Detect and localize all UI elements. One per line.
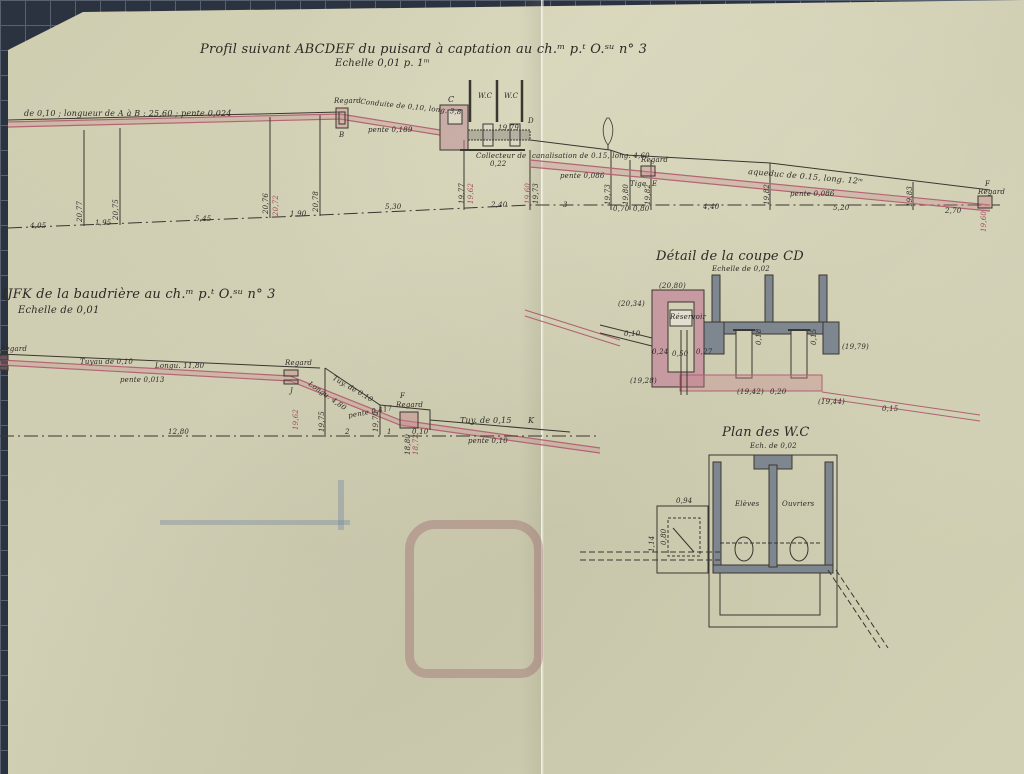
plan-wc-lines: [580, 455, 888, 648]
distance-label: 2,70: [945, 207, 961, 215]
elevation-top: (20,80): [659, 282, 686, 290]
distance-label: 2: [345, 428, 350, 436]
pente-ij-label: pente 0,013: [120, 376, 165, 384]
tuyau-ij-label: Tuyau de 0,10: [80, 358, 133, 366]
tank-label: Réservoir: [670, 313, 706, 321]
elevation-label-red: 18,72: [412, 434, 420, 455]
dim-mid: 0,50: [672, 350, 688, 358]
plan-wc-title: Plan des W.C: [722, 425, 810, 440]
regard-e-label: Regard: [641, 156, 668, 164]
distance-label: 4,40: [703, 203, 719, 211]
elevation-label-red: 19,62: [292, 409, 300, 430]
room-right-label: Ouvriers: [782, 500, 814, 508]
distance-label: 1: [387, 428, 392, 436]
distance-label: 3: [563, 201, 568, 209]
point-d-label: D: [528, 117, 534, 125]
regard-j-label: Regard: [285, 359, 312, 367]
dim-left: 0,24: [652, 348, 668, 356]
longueur-ij-label: Longu. 11,80: [155, 362, 204, 370]
elevation-outlet: (19,44): [818, 398, 845, 406]
distance-label: 1,90: [290, 210, 306, 218]
dim-height: 1,14: [648, 536, 656, 552]
distance-label: 4,05: [30, 222, 46, 230]
dim-width: 0,94: [676, 497, 692, 505]
elevation-label: 19,82: [763, 184, 771, 205]
pente-ef-label: pente 0,086: [790, 190, 835, 198]
pente-de-label: pente 0,086: [560, 172, 605, 180]
elevation-label: 19,70: [372, 411, 380, 432]
canalisation-de-label: canalisation de 0.15, long. 4,60: [532, 152, 650, 160]
regard-f-label: Regard: [978, 188, 1005, 196]
interior-elevation: 19,79: [498, 124, 519, 132]
point-c-label: C: [448, 95, 454, 104]
pipe-left-label: 0,10: [624, 330, 640, 338]
dim-collector: 0,20: [770, 388, 786, 396]
point-b-label: B: [339, 131, 344, 139]
point-f2-label: F: [400, 392, 405, 400]
collecteur-value: 0,22: [490, 160, 506, 168]
profile-ijfk-scale: Echelle de 0,01: [18, 305, 100, 316]
elevation-label: 20,77: [76, 201, 84, 222]
detail-cd-title: Détail de la coupe CD: [656, 249, 804, 264]
pente-fk-label: pente 0,10: [468, 437, 508, 445]
elevation-bottom-left: (19,28): [630, 377, 657, 385]
point-j-label: J: [290, 387, 293, 395]
distance-label: 2,40: [491, 201, 507, 209]
elevation-label: 19,83: [906, 186, 914, 207]
elevation-collector: (19,42): [737, 388, 764, 396]
distance-label: 0,70: [613, 205, 629, 213]
regard-f2-label: Regard: [396, 401, 423, 409]
distance-label: 12,80: [168, 428, 189, 436]
elevation-label-red: 20,72: [272, 195, 280, 216]
segment-ab-label: de 0,10 ; longueur de A à B : 25,60 ; pe…: [24, 109, 232, 118]
distance-label: 5,30: [385, 203, 401, 211]
dim-inner: 0,80: [660, 529, 668, 545]
tuyau-fk-label: Tuy. de 0,15: [460, 416, 512, 425]
elevation-label: 19,82: [644, 184, 652, 205]
elevation-label: 19,73: [532, 183, 540, 204]
profile-abcdef-title: Profil suivant ABCDEF du puisard à capta…: [200, 42, 647, 57]
elevation-label: 20,78: [312, 191, 320, 212]
point-e-label: E: [652, 180, 657, 188]
dim-riser-2: 0,15: [810, 329, 818, 345]
elevation-label: 19,75: [318, 411, 326, 432]
elevation-label: 20,75: [112, 199, 120, 220]
point-f-label: F: [985, 180, 990, 188]
distance-label: 1,95: [95, 219, 111, 227]
elevation-label-red: 19,62: [467, 183, 475, 204]
point-k-label: K: [528, 416, 534, 425]
wc-label-1: W.C: [478, 92, 492, 100]
collecteur-label: Collecteur de: [476, 152, 526, 160]
elevation-label: 18,80: [404, 434, 412, 455]
regard-b-label: Regard: [334, 97, 361, 105]
elevation-label: 19,80: [622, 184, 630, 205]
profile-ijfk-title: IJFK de la baudrière au ch.ᵐ p.ᵗ O.ˢᵘ n°…: [2, 287, 276, 302]
regard-i-label: Regard: [0, 345, 27, 353]
distance-label: 5,45: [195, 215, 211, 223]
pente-bc-label: pente 0,189: [368, 126, 413, 134]
elevation-label-red: 19,60: [980, 211, 988, 232]
elevation-label: 19,77: [458, 183, 466, 204]
elevation-left: (20,34): [618, 300, 645, 308]
dim-right: 0,27: [696, 348, 712, 356]
outlet-label: 0,15: [882, 405, 898, 413]
elevation-label-red: 19,60: [524, 183, 532, 204]
room-left-label: Elèves: [735, 500, 759, 508]
dim-riser-1: 0,18: [755, 329, 763, 345]
elevation-label: 20,76: [262, 193, 270, 214]
distance-label: 5,20: [833, 204, 849, 212]
elevation-right: (19,79): [842, 343, 869, 351]
profile-abcdef-scale: Echelle 0,01 p. 1ᵐ: [335, 58, 430, 69]
plan-wc-scale: Ech. de 0,02: [750, 442, 797, 450]
wc-label-2: W.C: [504, 92, 518, 100]
detail-cd-scale: Echelle de 0,02: [712, 265, 770, 273]
distance-label: 0,80: [633, 205, 649, 213]
elevation-label: 19,73: [604, 184, 612, 205]
